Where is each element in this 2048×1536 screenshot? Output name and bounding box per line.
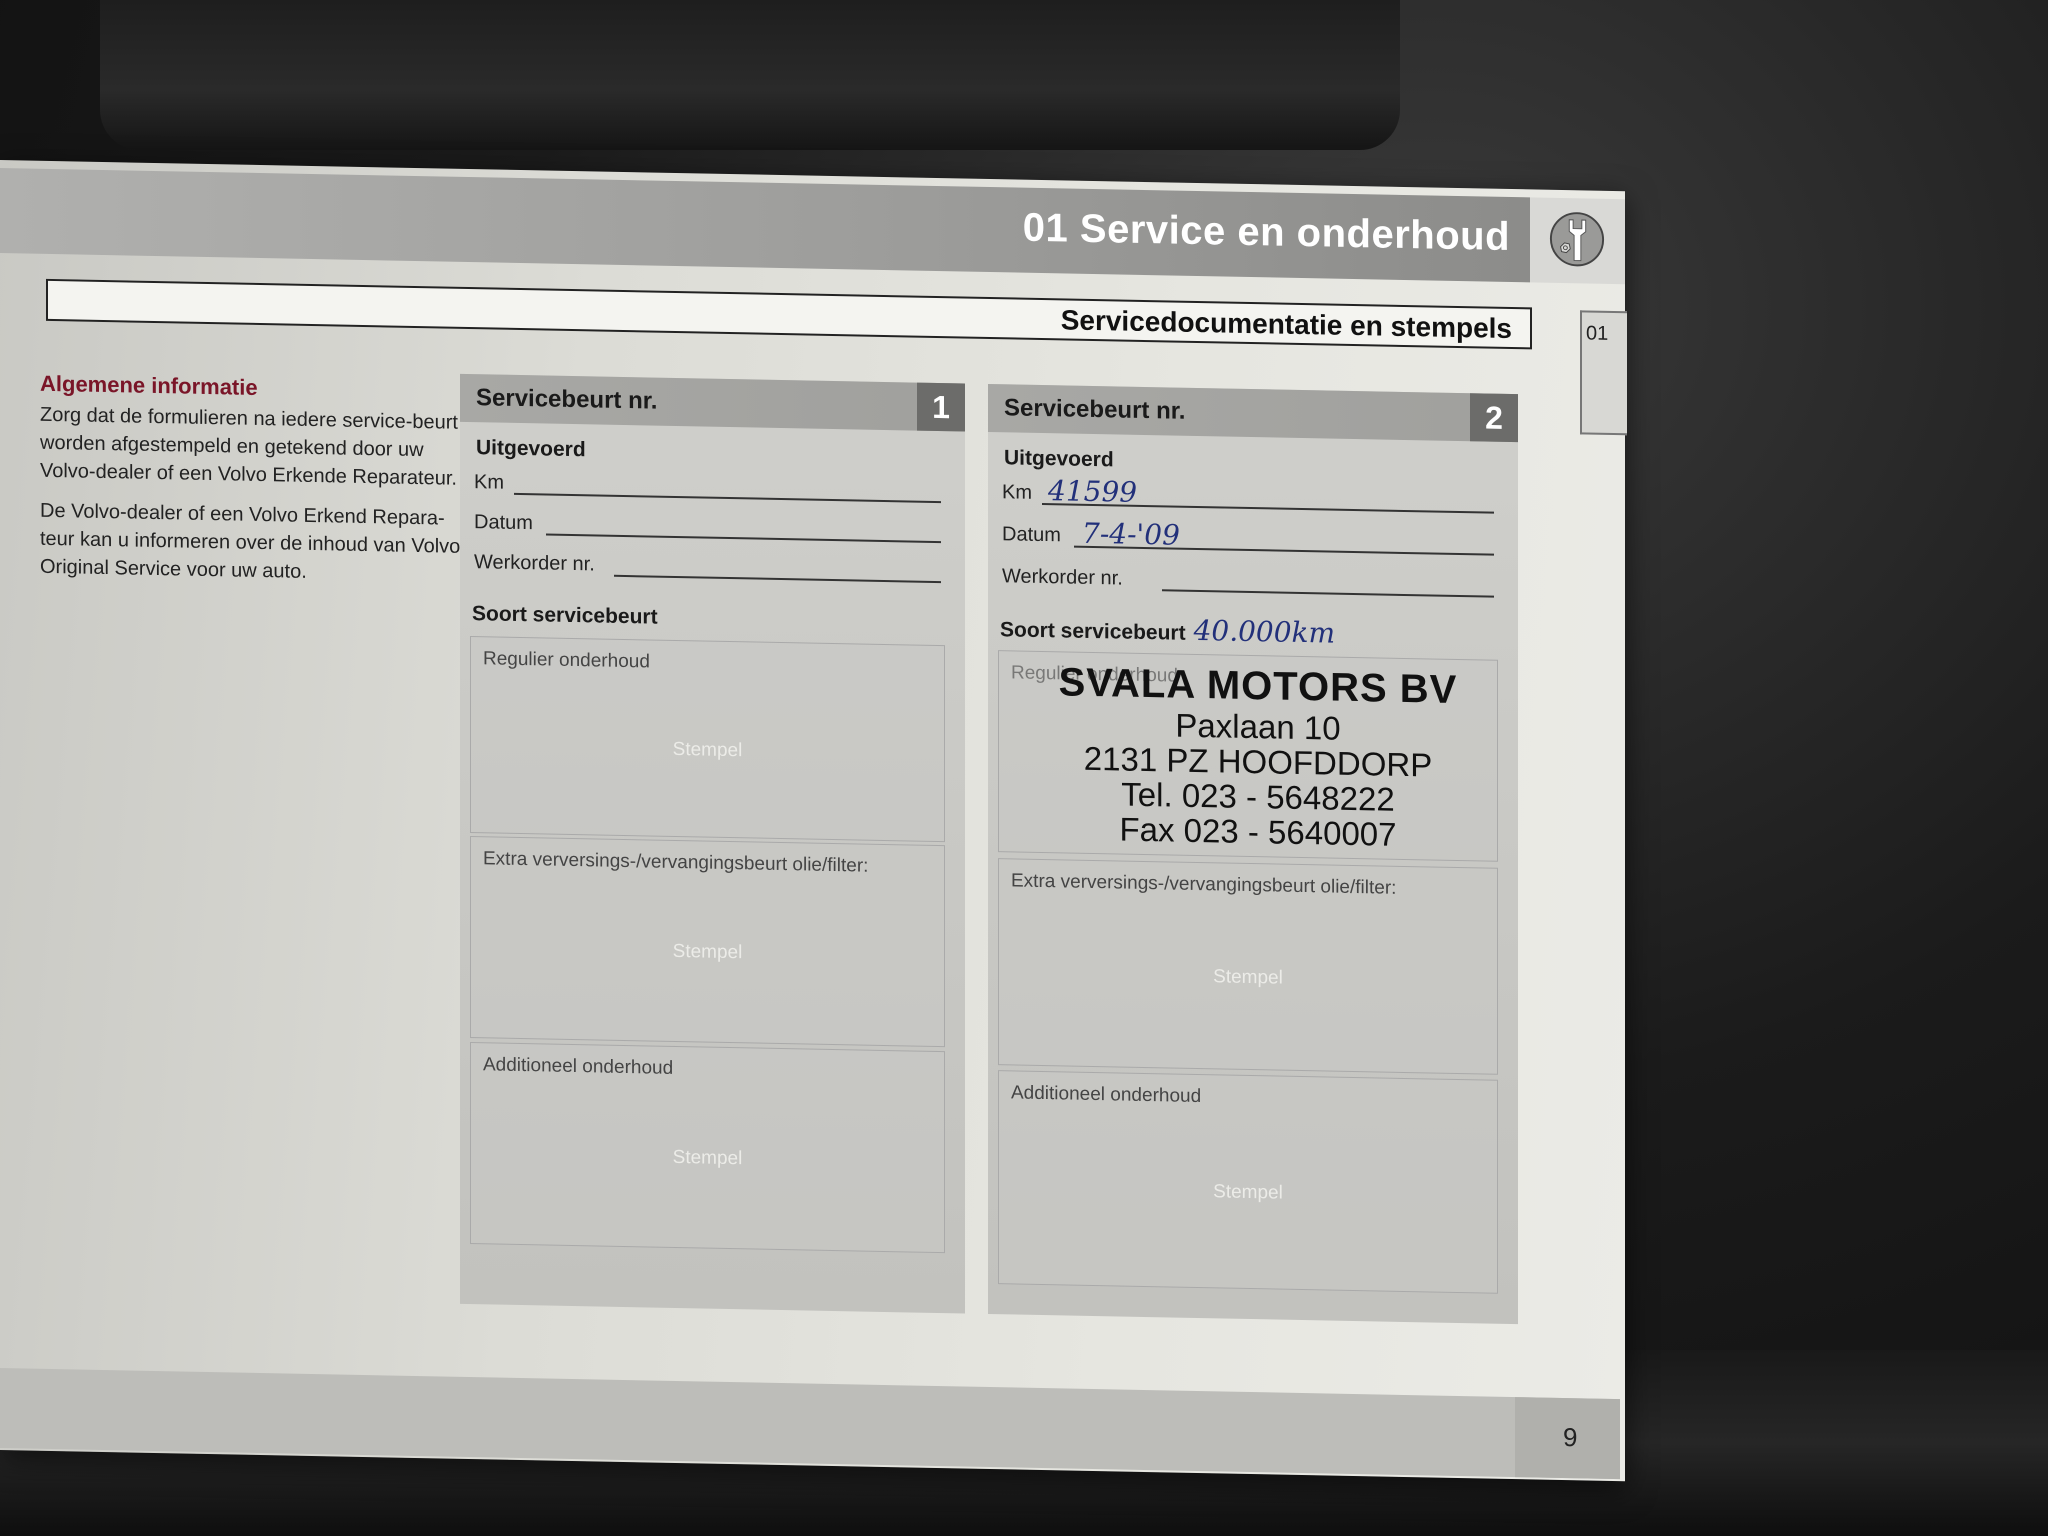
dealer-stamp: SVALA MOTORS BV Paxlaan 10 2131 PZ HOOFD…	[1019, 660, 1497, 854]
date-field[interactable]: Datum 7-4-'09	[1002, 518, 1494, 559]
page-number-box: 9	[1515, 1397, 1620, 1479]
slot-label: Regulier onderhoud	[483, 645, 650, 675]
chapter-icon-box	[1530, 197, 1625, 284]
service-type-handwritten-value: 40.000km	[1194, 614, 1336, 650]
service-card-header: Servicebeurt nr. 2	[988, 384, 1518, 442]
slot-label: Additioneel onderhoud	[483, 1051, 673, 1082]
km-line	[514, 493, 941, 503]
km-label: Km	[474, 471, 504, 495]
section-header: Servicedocumentatie en stempels	[46, 279, 1532, 350]
slot-label: Extra verversings-/vervangingsbeurt olie…	[1011, 867, 1431, 902]
workorder-field[interactable]: Werkorder nr.	[474, 546, 941, 587]
general-info-heading: Algemene informatie	[40, 371, 470, 405]
service-type-text: Soort servicebeurt	[472, 602, 658, 629]
service-card-title: Servicebeurt nr.	[1004, 394, 1185, 425]
performed-label: Uitgevoerd	[1004, 446, 1114, 472]
date-line	[546, 533, 941, 543]
performed-label: Uitgevoerd	[476, 436, 586, 462]
km-handwritten-value: 41599	[1048, 474, 1137, 509]
workorder-field[interactable]: Werkorder nr.	[1002, 560, 1494, 601]
chapter-header: 01 Service en onderhoud	[0, 168, 1530, 282]
dealer-name: SVALA MOTORS BV	[1019, 660, 1497, 714]
extra-oil-filter-slot: Extra verversings-/vervangingsbeurt olie…	[998, 858, 1498, 1075]
km-field[interactable]: Km	[474, 466, 941, 507]
service-card-2: Servicebeurt nr. 2 Uitgevoerd Km 41599 D…	[988, 384, 1518, 1324]
stamp-placeholder: Stempel	[999, 962, 1497, 994]
km-field[interactable]: Km 41599	[1002, 476, 1494, 517]
regular-maintenance-slot: Regulier onderhoud Stempel	[470, 636, 945, 842]
service-type-text: Soort servicebeurt	[1000, 618, 1186, 645]
workorder-line	[614, 575, 941, 583]
chapter-tab-label: 01	[1586, 322, 1608, 345]
stamp-placeholder: Stempel	[471, 735, 944, 766]
stamp-placeholder: Stempel	[471, 1143, 944, 1174]
service-card-number: 1	[917, 383, 965, 432]
service-card-header: Servicebeurt nr. 1	[460, 374, 965, 432]
manual-page: 01 Service en onderhoud Servicedocumenta…	[0, 160, 1625, 1481]
workorder-label: Werkorder nr.	[1002, 565, 1123, 590]
chapter-tab: 01	[1580, 310, 1627, 435]
km-label: Km	[1002, 481, 1032, 505]
service-card-1: Servicebeurt nr. 1 Uitgevoerd Km Datum W…	[460, 374, 965, 1314]
regular-maintenance-slot: Regulier onderhoud SVALA MOTORS BV Paxla…	[998, 650, 1498, 862]
slot-label: Extra verversings-/vervangingsbeurt olie…	[483, 845, 883, 880]
date-label: Datum	[1002, 523, 1061, 547]
page-number: 9	[1563, 1422, 1577, 1453]
general-info-paragraph-1: Zorg dat de formulieren na iedere servic…	[40, 401, 470, 493]
general-info-paragraph-2: De Volvo-dealer of een Volvo Erkend Repa…	[40, 497, 470, 589]
service-type-label: Soort servicebeurt40.000km	[1000, 610, 1335, 649]
additional-maintenance-slot: Additioneel onderhoud Stempel	[470, 1042, 945, 1253]
date-label: Datum	[474, 511, 533, 535]
date-field[interactable]: Datum	[474, 506, 941, 547]
service-type-label: Soort servicebeurt	[472, 602, 658, 630]
extra-oil-filter-slot: Extra verversings-/vervangingsbeurt olie…	[470, 836, 945, 1047]
stamp-placeholder: Stempel	[471, 937, 944, 968]
background-seat-fold	[100, 0, 1400, 150]
workorder-line	[1162, 589, 1494, 597]
service-card-number: 2	[1470, 393, 1518, 442]
wrench-icon	[1548, 210, 1606, 269]
stamp-placeholder: Stempel	[999, 1177, 1497, 1209]
date-handwritten-value: 7-4-'09	[1082, 517, 1180, 552]
section-title: Servicedocumentatie en stempels	[1061, 304, 1512, 345]
general-info: Algemene informatie Zorg dat de formulie…	[40, 371, 470, 601]
chapter-title: 01 Service en onderhoud	[1023, 206, 1510, 260]
service-card-title: Servicebeurt nr.	[476, 384, 657, 415]
workorder-label: Werkorder nr.	[474, 551, 595, 576]
additional-maintenance-slot: Additioneel onderhoud Stempel	[998, 1070, 1498, 1294]
slot-label: Additioneel onderhoud	[1011, 1079, 1201, 1110]
